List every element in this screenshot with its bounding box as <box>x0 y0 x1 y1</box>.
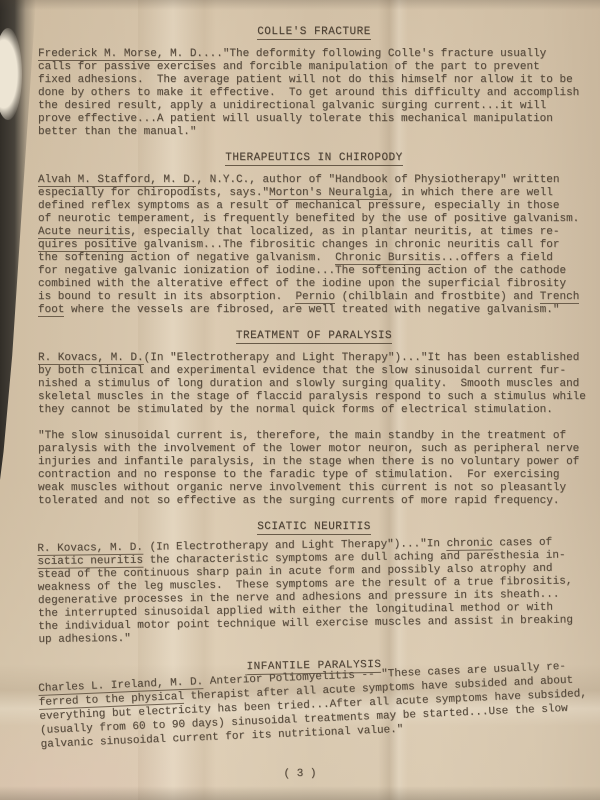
text-line: the desired result, apply a unidirection… <box>38 100 590 113</box>
underlined-text: Acute neuritis <box>38 226 130 239</box>
underlined-text: R. Kovacs, M. D. <box>37 542 143 556</box>
text-line: for negative galvanic ionization of iodi… <box>38 265 590 278</box>
text-line: R. Kovacs, M. D.(In "Electrotherapy and … <box>38 352 590 365</box>
text-line: Frederick M. Morse, M. D...."The deformi… <box>38 48 590 61</box>
text-line: they cannot be stimulated by the normal … <box>38 404 590 417</box>
text-line: fixed adhesions. The average patient wil… <box>38 74 590 87</box>
text-line: quires positive galvanism...The fibrosit… <box>38 239 590 252</box>
text-line: tolerated and not so effective as the su… <box>38 495 590 508</box>
paragraph: Alvah M. Stafford, M. D., N.Y.C., author… <box>38 174 590 317</box>
paragraph: R. Kovacs, M. D. (In Electrotherapy and … <box>37 536 590 647</box>
typed-page-content: COLLE'S FRACTUREFrederick M. Morse, M. D… <box>0 0 600 800</box>
document-section: TREATMENT OF PARALYSISR. Kovacs, M. D.(I… <box>38 330 590 508</box>
section-heading: TREATMENT OF PARALYSIS <box>38 330 590 343</box>
section-heading-text: COLLE'S FRACTURE <box>257 26 371 40</box>
section-heading: SCIATIC NEURITIS <box>38 521 590 534</box>
text-line: prove effective...A patient will usually… <box>38 113 590 126</box>
text-line: Acute neuritis, especially that localize… <box>38 226 590 239</box>
section-heading: THERAPEUTICS IN CHIROPODY <box>38 152 590 165</box>
document-body: COLLE'S FRACTUREFrederick M. Morse, M. D… <box>38 26 590 752</box>
text-line: foot where the vessels are fibrosed, are… <box>38 304 590 317</box>
paragraph: R. Kovacs, M. D.(In "Electrotherapy and … <box>38 352 590 417</box>
text-line: contraction and no response to the farad… <box>38 469 590 482</box>
underlined-text: sciatic neuritis <box>37 555 143 569</box>
underlined-text: R. Kovacs, M. D. <box>38 352 144 365</box>
underlined-text: Pernio <box>295 291 335 304</box>
scanned-document-photo: COLLE'S FRACTUREFrederick M. Morse, M. D… <box>0 0 600 800</box>
document-section: INFANTILE PARALYSISCharles L. Ireland, M… <box>38 660 590 752</box>
text-line: injuries and infantile paralysis, in the… <box>38 456 590 469</box>
underlined-text: Chronic Bursitis <box>335 252 441 265</box>
text-line: Alvah M. Stafford, M. D., N.Y.C., author… <box>38 174 590 187</box>
underlined-text: quires positive <box>38 239 137 252</box>
underlined-text: Trench <box>540 291 580 304</box>
section-heading-text: SCIATIC NEURITIS <box>257 521 371 535</box>
text-line: by both clinical and experimental eviden… <box>38 365 590 378</box>
underlined-text: chronic <box>446 537 492 551</box>
text-line: the softening action of negative galvani… <box>38 252 590 265</box>
paragraph: Frederick M. Morse, M. D...."The deformi… <box>38 48 590 139</box>
text-line: weak muscles without organic nerve invol… <box>38 482 590 495</box>
document-section: SCIATIC NEURITISR. Kovacs, M. D. (In Ele… <box>38 521 590 647</box>
text-line: nished a stimulus of long duration and s… <box>38 378 590 391</box>
text-line: of neurotic temperament, is frequently b… <box>38 213 590 226</box>
text-line: combined with the alterative effect of t… <box>38 278 590 291</box>
document-section: COLLE'S FRACTUREFrederick M. Morse, M. D… <box>38 26 590 139</box>
underlined-text: Alvah M. Stafford, M. D. <box>38 174 196 187</box>
section-heading-text: TREATMENT OF PARALYSIS <box>236 330 392 344</box>
text-line: done by others to make it effective. To … <box>38 87 590 100</box>
text-line: "The slow sinusoidal current is, therefo… <box>38 430 590 443</box>
text-line: paralysis with the involvement of the lo… <box>38 443 590 456</box>
underlined-text: foot <box>38 304 64 317</box>
page-number: ( 3 ) <box>0 763 600 786</box>
text-line: defined reflex symptoms as a result of m… <box>38 200 590 213</box>
text-line: calls for passive exercises and forcible… <box>38 61 590 74</box>
underlined-text: Morton's Neuralgia <box>269 187 388 200</box>
text-line: skeletal muscles in the stage of flaccid… <box>38 391 590 404</box>
text-line: better than the manual." <box>38 126 590 139</box>
text-line: especially for chiropodists, says."Morto… <box>38 187 590 200</box>
section-heading: COLLE'S FRACTURE <box>38 26 590 39</box>
section-heading-text: THERAPEUTICS IN CHIROPODY <box>225 152 403 166</box>
text-line: is bound to result in its absorption. Pe… <box>38 291 590 304</box>
underlined-text: Frederick M. Morse, M. D. <box>38 48 203 61</box>
paragraph: "The slow sinusoidal current is, therefo… <box>38 430 590 508</box>
document-section: THERAPEUTICS IN CHIROPODYAlvah M. Staffo… <box>38 152 590 317</box>
